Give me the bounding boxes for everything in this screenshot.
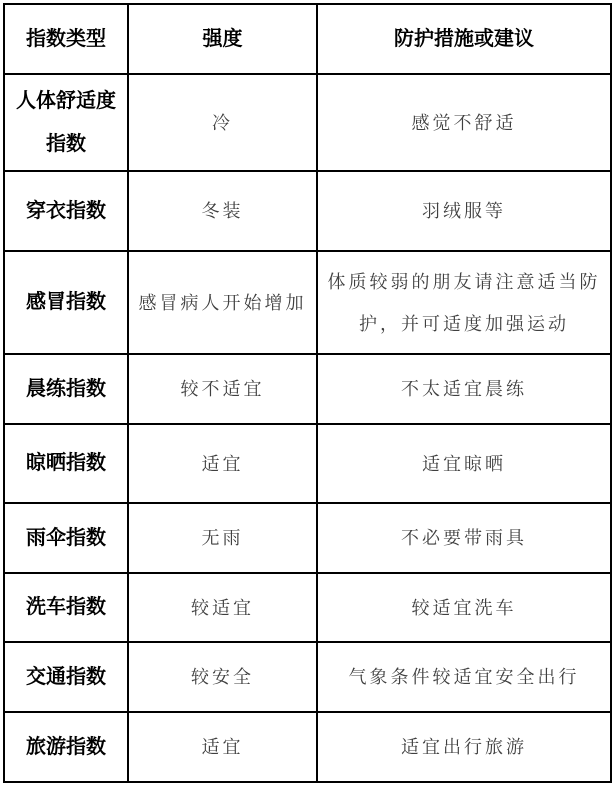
strength-cell: 冷: [128, 74, 317, 171]
index-type-cell: 感冒指数: [4, 251, 128, 354]
index-type-cell: 晾晒指数: [4, 424, 128, 503]
table-row-travel: 旅游指数 适宜 适宜出行旅游: [4, 712, 611, 782]
strength-cell: 适宜: [128, 712, 317, 782]
index-type-cell: 洗车指数: [4, 573, 128, 642]
index-type-cell: 旅游指数: [4, 712, 128, 782]
table-row-traffic: 交通指数 较安全 气象条件较适宜安全出行: [4, 642, 611, 712]
column-header-strength: 强度: [128, 4, 317, 74]
advice-cell: 较适宜洗车: [317, 573, 611, 642]
table-row-dressing: 穿衣指数 冬装 羽绒服等: [4, 171, 611, 251]
column-header-index-type: 指数类型: [4, 4, 128, 74]
table-row-morning-exercise: 晨练指数 较不适宜 不太适宜晨练: [4, 354, 611, 424]
strength-cell: 适宜: [128, 424, 317, 503]
column-header-advice: 防护措施或建议: [317, 4, 611, 74]
advice-cell: 不必要带雨具: [317, 503, 611, 573]
index-type-cell: 交通指数: [4, 642, 128, 712]
advice-cell: 不太适宜晨练: [317, 354, 611, 424]
advice-cell: 气象条件较适宜安全出行: [317, 642, 611, 712]
strength-cell: 较安全: [128, 642, 317, 712]
advice-cell: 体质较弱的朋友请注意适当防护，并可适度加强运动: [317, 251, 611, 354]
weather-index-table: 指数类型 强度 防护措施或建议 人体舒适度指数 冷 感觉不舒适 穿衣指数 冬装 …: [3, 3, 612, 783]
strength-cell: 较适宜: [128, 573, 317, 642]
index-type-cell: 晨练指数: [4, 354, 128, 424]
table-row-umbrella: 雨伞指数 无雨 不必要带雨具: [4, 503, 611, 573]
table-row-drying: 晾晒指数 适宜 适宜晾晒: [4, 424, 611, 503]
table-row-car-wash: 洗车指数 较适宜 较适宜洗车: [4, 573, 611, 642]
advice-cell: 感觉不舒适: [317, 74, 611, 171]
strength-cell: 较不适宜: [128, 354, 317, 424]
strength-cell: 感冒病人开始增加: [128, 251, 317, 354]
strength-cell: 冬装: [128, 171, 317, 251]
strength-cell: 无雨: [128, 503, 317, 573]
advice-cell: 羽绒服等: [317, 171, 611, 251]
header-row: 指数类型 强度 防护措施或建议: [4, 4, 611, 74]
advice-cell: 适宜出行旅游: [317, 712, 611, 782]
page: { "table": { "border_color": "#000000", …: [0, 0, 614, 789]
index-type-cell: 人体舒适度指数: [4, 74, 128, 171]
table-row-cold: 感冒指数 感冒病人开始增加 体质较弱的朋友请注意适当防护，并可适度加强运动: [4, 251, 611, 354]
advice-cell: 适宜晾晒: [317, 424, 611, 503]
table-row-comfort: 人体舒适度指数 冷 感觉不舒适: [4, 74, 611, 171]
index-type-cell: 穿衣指数: [4, 171, 128, 251]
index-type-cell: 雨伞指数: [4, 503, 128, 573]
